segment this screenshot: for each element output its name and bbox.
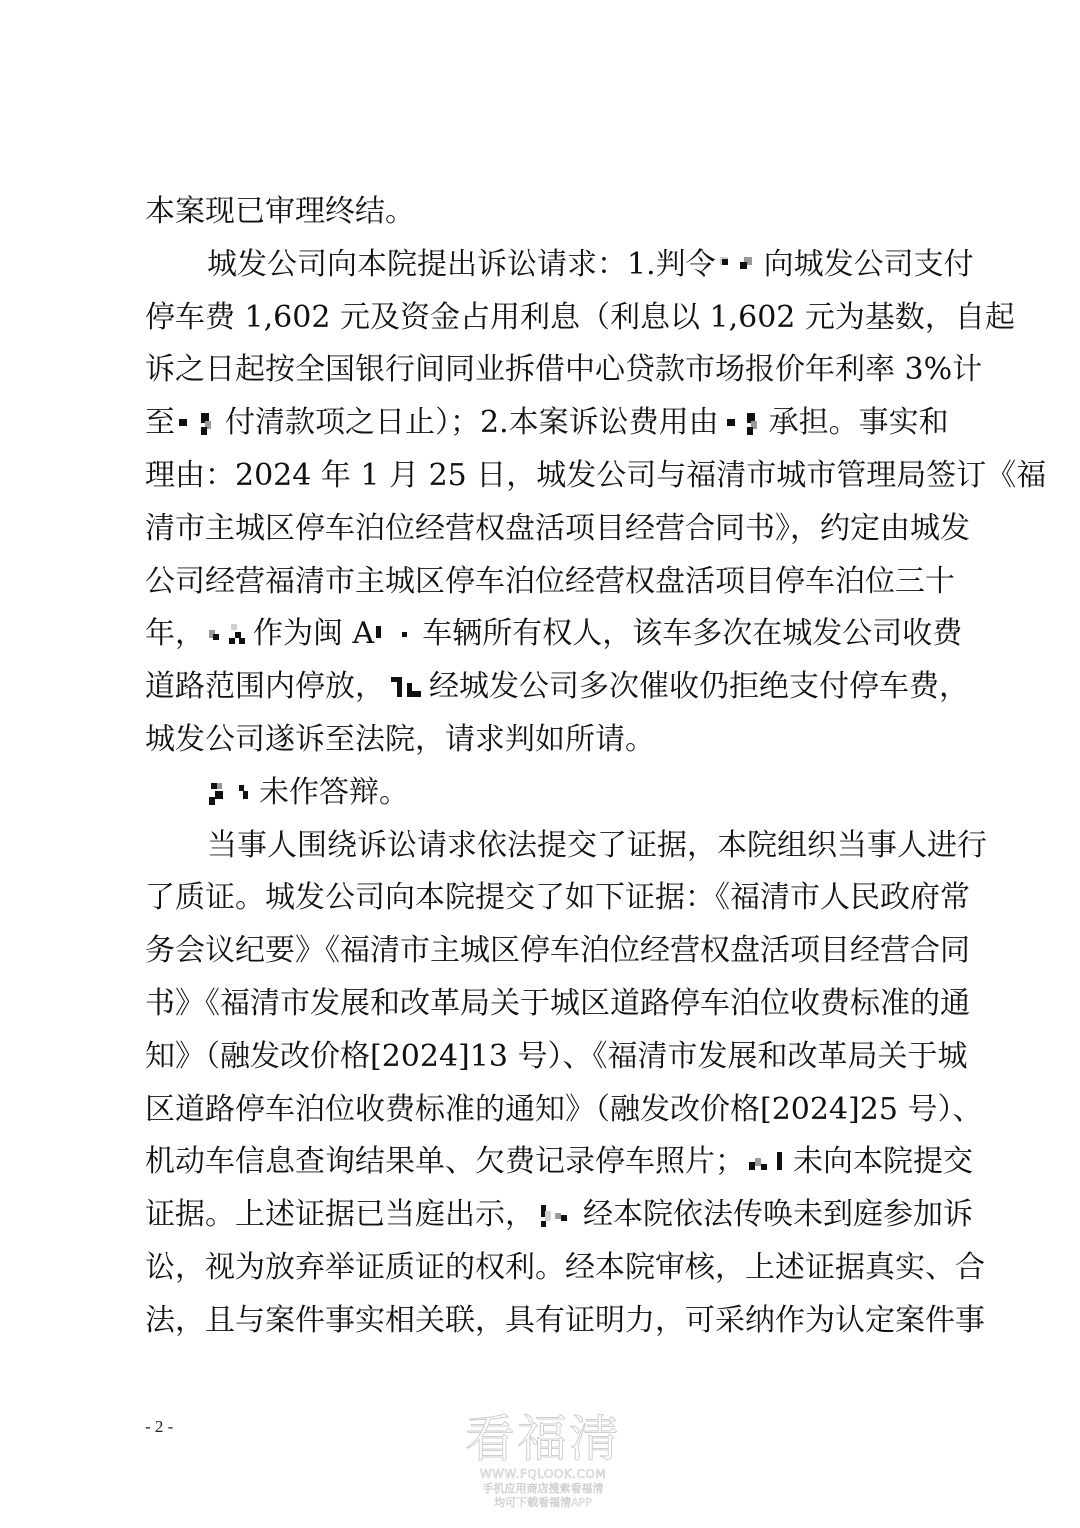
text-segment: 付清款项之日止）；2.本案诉讼费用由 <box>225 405 719 440</box>
watermark-line-1: 手机应用商店搜索看福清 <box>458 1482 628 1496</box>
paragraph-defendant-no-response: 未作答辩。 <box>145 767 945 820</box>
watermark-logo-text: 看福清 <box>458 1412 628 1466</box>
text-line: 本案现已审理终结。 <box>145 186 945 239</box>
text-segment: 城发公司遂诉至法院，请求判如所请。 <box>145 722 655 757</box>
text-segment: 城发公司向本院提出诉讼请求：1.判令 <box>207 247 716 282</box>
watermark: 看福清 WWW.FQLOOK.COM 手机应用商店搜索看福清 均可下载看福清AP… <box>458 1412 628 1510</box>
text-segment: 承担。事实和 <box>769 405 949 440</box>
text-line: 机动车信息查询结果单、欠费记录停车照片；未向本院提交 <box>145 1136 945 1189</box>
text-line: 证据。上述证据已当庭出示，经本院依法传唤未到庭参加诉 <box>145 1189 945 1242</box>
text-segment: 当事人围绕诉讼请求依法提交了证据，本院组织当事人进行 <box>207 828 987 863</box>
page-number: - 2 - <box>145 1417 173 1437</box>
text-line: 停车费 1,602 元及资金占用利息（利息以 1,602 元为基数，自起 <box>145 292 945 345</box>
watermark-url: WWW.FQLOOK.COM <box>458 1466 628 1482</box>
text-segment: 向城发公司支付 <box>764 247 974 282</box>
text-line: 至付清款项之日止）；2.本案诉讼费用由承担。事实和 <box>145 397 945 450</box>
redacted-name <box>537 1203 581 1229</box>
paragraph-claims-start: 城发公司向本院提出诉讼请求：1.判令向城发公司支付 <box>145 239 945 292</box>
redacted-name <box>209 781 257 807</box>
redacted-name <box>177 411 223 437</box>
text-line: 理由：2024 年 1 月 25 日，城发公司与福清市城市管理局签订《福 <box>145 450 945 503</box>
redacted-plate <box>376 622 420 648</box>
redacted-name <box>387 675 427 701</box>
text-segment: 书》《福清市发展和改革局关于城区道路停车泊位收费标准的通 <box>145 986 970 1021</box>
text-segment: 务会议纪要》《福清市主城区停车泊位经营权盘活项目经营合同 <box>145 933 970 968</box>
text-segment: 至 <box>145 405 175 440</box>
document-page: 本案现已审理终结。 城发公司向本院提出诉讼请求：1.判令向城发公司支付 停车费 … <box>0 0 1080 1528</box>
text-line: 知》（融发改价格[2024]13 号）、《福清市发展和改革局关于城 <box>145 1031 945 1084</box>
text-segment: 作为闽 A <box>253 616 374 651</box>
redacted-name <box>718 253 762 279</box>
text-segment: 公司经营福清市主城区停车泊位经营权盘活项目停车泊位三十 <box>145 564 955 599</box>
text-segment: 知》（融发改价格[2024]13 号）、《福清市发展和改革局关于城 <box>145 1039 967 1074</box>
text-line: 务会议纪要》《福清市主城区停车泊位经营权盘活项目经营合同 <box>145 925 945 978</box>
text-segment: 车辆所有权人，该车多次在城发公司收费 <box>422 616 962 651</box>
text-segment: 机动车信息查询结果单、欠费记录停车照片； <box>145 1144 745 1179</box>
redacted-name <box>721 411 767 437</box>
text-segment: 法，且与案件事实相关联，具有证明力，可采纳作为认定案件事 <box>145 1303 985 1338</box>
text-line: 道路范围内停放，经城发公司多次催收仍拒绝支付停车费， <box>145 661 945 714</box>
text-line: 公司经营福清市主城区停车泊位经营权盘活项目停车泊位三十 <box>145 556 945 609</box>
text-line: 年，作为闽 A车辆所有权人，该车多次在城发公司收费 <box>145 608 945 661</box>
text-segment: 经城发公司多次催收仍拒绝支付停车费， <box>429 669 969 704</box>
text-line: 法，且与案件事实相关联，具有证明力，可采纳作为认定案件事 <box>145 1295 945 1348</box>
text-line: 区道路停车泊位收费标准的通知》（融发改价格[2024]25 号）、 <box>145 1084 945 1137</box>
text-line: 了质证。城发公司向本院提交了如下证据：《福清市人民政府常 <box>145 872 945 925</box>
text-segment: 年， <box>145 616 205 651</box>
text-segment: 未向本院提交 <box>793 1144 973 1179</box>
text-segment: 清市主城区停车泊位经营权盘活项目经营合同书》，约定由城发 <box>145 511 970 546</box>
text-segment: 本案现已审理终结。 <box>145 194 415 229</box>
text-segment: 未作答辩。 <box>259 775 409 810</box>
text-line: 书》《福清市发展和改革局关于城区道路停车泊位收费标准的通 <box>145 978 945 1031</box>
text-line: 城发公司遂诉至法院，请求判如所请。 <box>145 714 945 767</box>
body-text: 本案现已审理终结。 城发公司向本院提出诉讼请求：1.判令向城发公司支付 停车费 … <box>145 186 945 1348</box>
redacted-name <box>207 622 251 648</box>
text-segment: 道路范围内停放， <box>145 669 385 704</box>
text-line: 诉之日起按全国银行间同业拆借中心贷款市场报价年利率 3%计 <box>145 344 945 397</box>
text-segment: 区道路停车泊位收费标准的通知》（融发改价格[2024]25 号）、 <box>145 1092 982 1127</box>
text-line: 清市主城区停车泊位经营权盘活项目经营合同书》，约定由城发 <box>145 503 945 556</box>
redacted-name <box>747 1150 791 1176</box>
text-line: 讼，视为放弃举证质证的权利。经本院审核，上述证据真实、合 <box>145 1242 945 1295</box>
text-segment: 经本院依法传唤未到庭参加诉 <box>583 1197 973 1232</box>
text-segment: 诉之日起按全国银行间同业拆借中心贷款市场报价年利率 3%计 <box>145 352 982 387</box>
paragraph-evidence-start: 当事人围绕诉讼请求依法提交了证据，本院组织当事人进行 <box>145 820 945 873</box>
text-segment: 讼，视为放弃举证质证的权利。经本院审核，上述证据真实、合 <box>145 1250 985 1285</box>
text-segment: 证据。上述证据已当庭出示， <box>145 1197 535 1232</box>
text-segment: 了质证。城发公司向本院提交了如下证据：《福清市人民政府常 <box>145 880 970 915</box>
watermark-line-2: 均可下载看福清APP <box>458 1496 628 1510</box>
text-segment: 理由：2024 年 1 月 25 日，城发公司与福清市城市管理局签订《福 <box>145 458 1046 493</box>
text-segment: 停车费 1,602 元及资金占用利息（利息以 1,602 元为基数，自起 <box>145 300 1015 335</box>
